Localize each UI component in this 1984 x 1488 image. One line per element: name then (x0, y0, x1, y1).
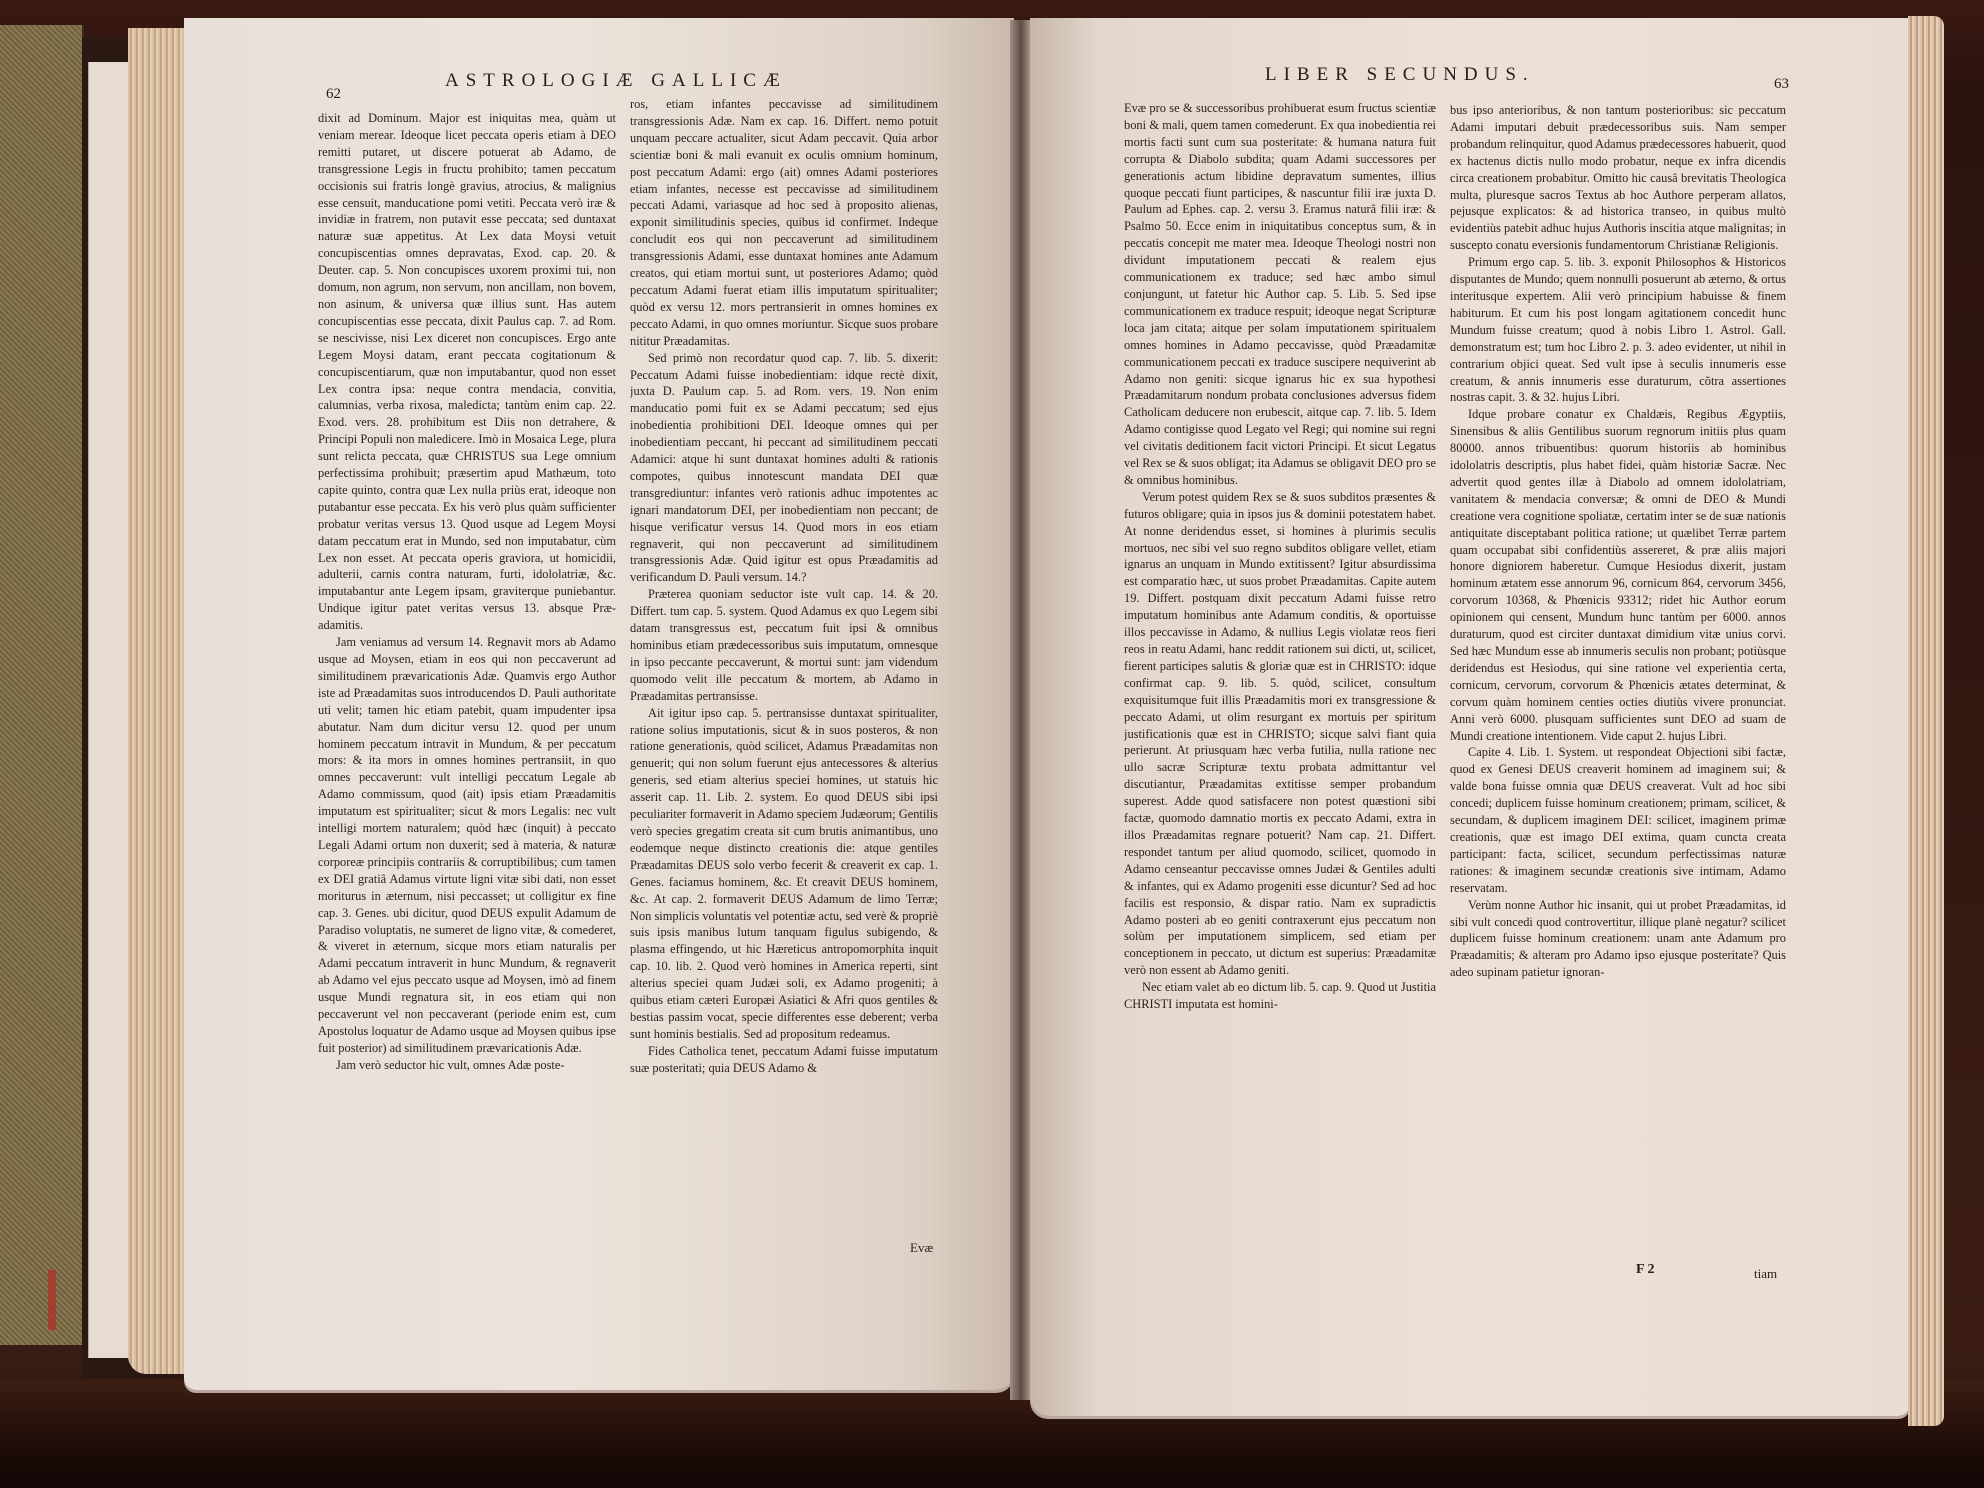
left-running-head: ASTROLOGIÆ GALLICÆ (445, 70, 787, 92)
right-page-column-1: Evæ pro se & successoribus prohibuerat e… (1124, 100, 1436, 1260)
left-page-column-2: ros, etiam infantes peccavisse ad simili… (630, 96, 938, 1260)
left-folio: 62 (326, 86, 341, 103)
right-page-column-2: bus ipso anterioribus, & non tantum post… (1450, 102, 1786, 1260)
paragraph: bus ipso anterioribus, & non tantum post… (1450, 102, 1786, 254)
book-gutter (1010, 20, 1032, 1400)
paragraph: Verum potest quidem Rex se & suos subdit… (1124, 489, 1436, 979)
paragraph: Verùm nonne Author hic insanit, qui ut p… (1450, 897, 1786, 982)
page-stack-right (1908, 16, 1944, 1426)
paragraph: Sed primò non recordatur quod cap. 7. li… (630, 350, 938, 587)
paragraph: Evæ pro se & successoribus prohibuerat e… (1124, 100, 1436, 489)
paragraph: Idque probare conatur ex Chaldæis, Regib… (1450, 406, 1786, 744)
paragraph: Nec etiam valet ab eo dictum lib. 5. cap… (1124, 979, 1436, 1013)
right-folio: 63 (1774, 76, 1789, 93)
paragraph: Ait igitur ipso cap. 5. pertransisse dun… (630, 705, 938, 1043)
flyleaf-edge-left (88, 62, 129, 1358)
paragraph: Primum ergo cap. 5. lib. 3. exponit Phil… (1450, 254, 1786, 406)
paragraph: Jam veniamus ad versum 14. Regnavit mors… (318, 634, 616, 1057)
paragraph: dixit ad Dominum. Major est iniquitas me… (318, 110, 616, 634)
paragraph: ros, etiam infantes peccavisse ad simili… (630, 96, 938, 350)
left-page-column-1: dixit ad Dominum. Major est iniquitas me… (318, 110, 616, 1260)
page-stack-left (128, 28, 184, 1374)
paragraph: Jam verò seductor hic vult, omnes Adæ po… (318, 1057, 616, 1074)
paragraph: Fides Catholica tenet, peccatum Adami fu… (630, 1043, 938, 1077)
paragraph: Capite 4. Lib. 1. System. ut respondeat … (1450, 744, 1786, 896)
open-book: 62 ASTROLOGIÆ GALLICÆ dixit ad Dominum. … (0, 0, 1984, 1488)
red-edge-mark (48, 1270, 56, 1330)
right-running-head: LIBER SECUNDUS. (1265, 64, 1535, 86)
signature-mark: F 2 (1636, 1262, 1655, 1278)
right-catchword: tiam (1754, 1266, 1777, 1282)
paragraph: Præterea quoniam seductor iste vult cap.… (630, 586, 938, 704)
left-catchword: Evæ (910, 1240, 933, 1256)
